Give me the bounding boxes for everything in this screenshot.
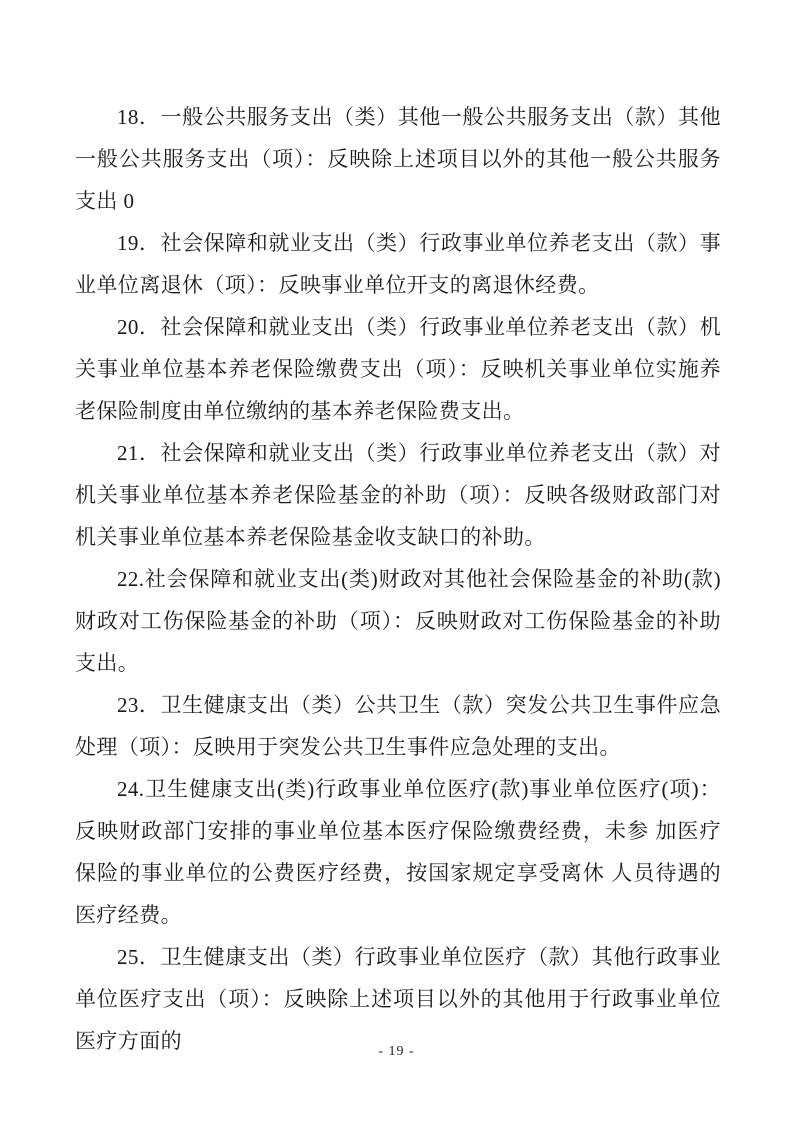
paragraph-item-19: 19．社会保障和就业支出（类）行政事业单位养老支出（款）事业单位离退休（项）：反… bbox=[75, 222, 721, 306]
paragraph-item-23: 23．卫生健康支出（类）公共卫生（款）突发公共卫生事件应急处理（项）：反映用于突… bbox=[75, 684, 721, 768]
paragraph-item-21: 21．社会保障和就业支出（类）行政事业单位养老支出（款）对机关事业单位基本养老保… bbox=[75, 432, 721, 558]
paragraph-item-24: 24.卫生健康支出(类)行政事业单位医疗(款)事业单位医疗(项)：反映财政部门安… bbox=[75, 768, 721, 936]
page-number: - 19 - bbox=[378, 1044, 414, 1059]
document-page: 18．一般公共服务支出（类）其他一般公共服务支出（款）其他一般公共服务支出（项）… bbox=[0, 0, 793, 1122]
page-footer: - 19 - bbox=[0, 1042, 793, 1060]
paragraph-item-20: 20．社会保障和就业支出（类）行政事业单位养老支出（款）机关事业单位基本养老保险… bbox=[75, 306, 721, 432]
paragraph-item-22: 22.社会保障和就业支出(类)财政对其他社会保险基金的补助(款)财政对工伤保险基… bbox=[75, 558, 721, 684]
paragraph-item-18: 18．一般公共服务支出（类）其他一般公共服务支出（款）其他一般公共服务支出（项）… bbox=[75, 96, 721, 222]
document-body: 18．一般公共服务支出（类）其他一般公共服务支出（款）其他一般公共服务支出（项）… bbox=[0, 0, 793, 1062]
